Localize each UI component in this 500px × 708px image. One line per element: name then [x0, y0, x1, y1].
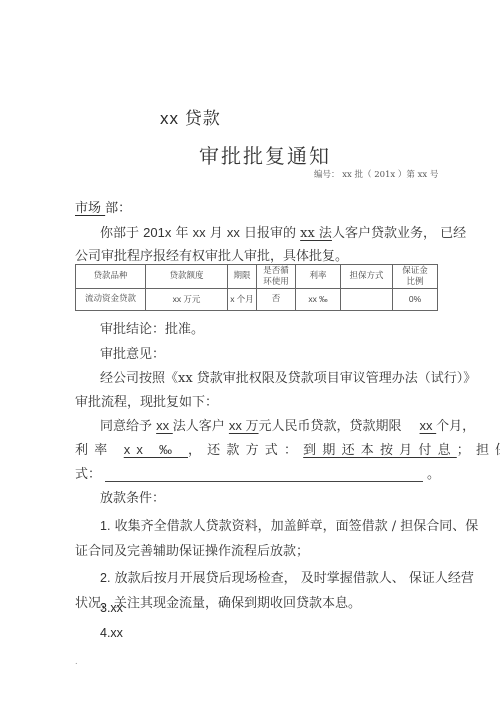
text: 月	[206, 226, 227, 241]
header-cell: 保证金比例	[393, 265, 438, 289]
footer-mark: .	[75, 657, 78, 666]
cell-revolving: 否	[257, 289, 296, 311]
title-line-1: xx 贷款	[160, 109, 221, 128]
day-value: xx	[227, 225, 240, 240]
text: 收集齐全借款人贷款资料，加盖鲜章，面签借款 / 担保合同、保	[110, 519, 478, 534]
condition-2-line-1: 2. 放款后按月开展贷后现场检查， 及时掌握借款人、 保证人经营	[100, 567, 437, 586]
repayment-value: 到期还本按月付息	[303, 443, 457, 458]
condition-number: 2.	[100, 571, 110, 585]
client-value: xx 法	[300, 226, 332, 241]
department-suffix: 部：	[105, 201, 131, 216]
agreement-line-3: 式：。	[75, 463, 440, 482]
text: ，还款方式：	[188, 443, 303, 458]
addressee: 市场 部：	[75, 197, 131, 216]
loan-terms-table: 贷款品种 贷款额度 期限 是否循环使用 利率 担保方式 保证金比例 流动资金贷款…	[75, 264, 438, 311]
client-value: xx	[156, 418, 173, 433]
text: 你部于	[100, 226, 143, 241]
text: 式：	[75, 467, 101, 482]
text: 个月，	[436, 419, 475, 434]
conditions-label: 放款条件：	[100, 487, 165, 506]
cell-guarantee	[341, 289, 393, 311]
intro-line-1: 你部于 201x 年 xx 月 xx 日报审的 xx 法人客户贷款业务， 已经	[100, 222, 466, 241]
condition-number: 1.	[100, 519, 110, 533]
department-name: 市场	[75, 201, 105, 216]
text: （试行）》	[418, 367, 477, 386]
header-text: 环使用	[257, 277, 295, 288]
text: 同意给予	[100, 419, 156, 434]
guarantee-blank-field	[105, 469, 423, 482]
header-text: 是否循	[257, 266, 295, 277]
cell-margin-ratio: 0%	[393, 289, 438, 311]
intro-line-2: 公司审批程序报经有权审批人审批，具体批复。	[75, 245, 348, 264]
cell-amount: xx 万元	[146, 289, 228, 311]
header-cell: 担保方式	[341, 265, 393, 289]
approval-basis-line-1: 经公司按照《xx 贷款审批权限及贷款项目审议管理办法（试行）》	[100, 367, 437, 386]
text: 利率	[75, 443, 124, 458]
approval-opinion-label: 审批意见：	[100, 343, 165, 362]
text: 日报审的	[240, 226, 300, 241]
text: 元人民币贷款，贷款期限	[259, 419, 402, 434]
agreement-line-2: 利率 xx ‰ ，还款方式：到期还本按月付息；担保方	[75, 439, 437, 458]
term-value: xx	[420, 418, 437, 433]
header-cell: 期限	[228, 265, 257, 289]
amount-value: xx 万	[229, 418, 259, 433]
text: ；担保方	[457, 443, 500, 458]
text: 年	[171, 226, 192, 241]
approval-basis-line-2: 审批流程，现批复如下：	[75, 391, 218, 410]
text: 经公司按照《xx 贷款审批权限及贷款项目审议管理办法	[100, 367, 418, 386]
header-text: 保证金	[393, 266, 437, 277]
header-text: 比例	[393, 277, 437, 288]
rate-value: xx ‰	[124, 442, 188, 457]
header-cell: 是否循环使用	[257, 265, 296, 289]
table-row: 流动资金贷款 xx 万元 x 个月 否 xx ‰ 0%	[76, 289, 438, 311]
document-number: 编号： xx 批（ 201x ）第 xx 号	[314, 168, 438, 180]
condition-1-line-1: 1. 收集齐全借款人贷款资料，加盖鲜章，面签借款 / 担保合同、保	[100, 515, 437, 534]
cell-loan-type: 流动资金贷款	[76, 289, 146, 311]
table-header-row: 贷款品种 贷款额度 期限 是否循环使用 利率 担保方式 保证金比例	[76, 265, 438, 289]
condition-1-line-2: 证合同及完善辅助保证操作流程后放款；	[75, 540, 309, 559]
header-cell: 贷款品种	[76, 265, 146, 289]
approval-conclusion: 审批结论：批准。	[100, 318, 204, 337]
header-cell: 利率	[296, 265, 341, 289]
document-subtitle: 审批批复通知	[199, 140, 331, 169]
header-cell: 贷款额度	[146, 265, 228, 289]
document-title: xx 贷款	[160, 104, 221, 129]
text: 人客户贷款业务， 已经	[332, 226, 466, 241]
condition-4: 4.xx	[100, 626, 123, 640]
text: 法人客户	[173, 419, 229, 434]
cell-rate: xx ‰	[296, 289, 341, 311]
agreement-line-1: 同意给予 xx 法人客户 xx 万元人民币贷款，贷款期限xx 个月，	[100, 415, 437, 434]
month-value: xx	[193, 225, 206, 240]
condition-3: 3.xx	[100, 601, 123, 615]
year-value: 201x	[143, 225, 171, 240]
text: 放款后按月开展贷后现场检查， 及时掌握借款人、 保证人经营	[110, 571, 473, 586]
text: 。	[427, 467, 440, 482]
cell-term: x 个月	[228, 289, 257, 311]
